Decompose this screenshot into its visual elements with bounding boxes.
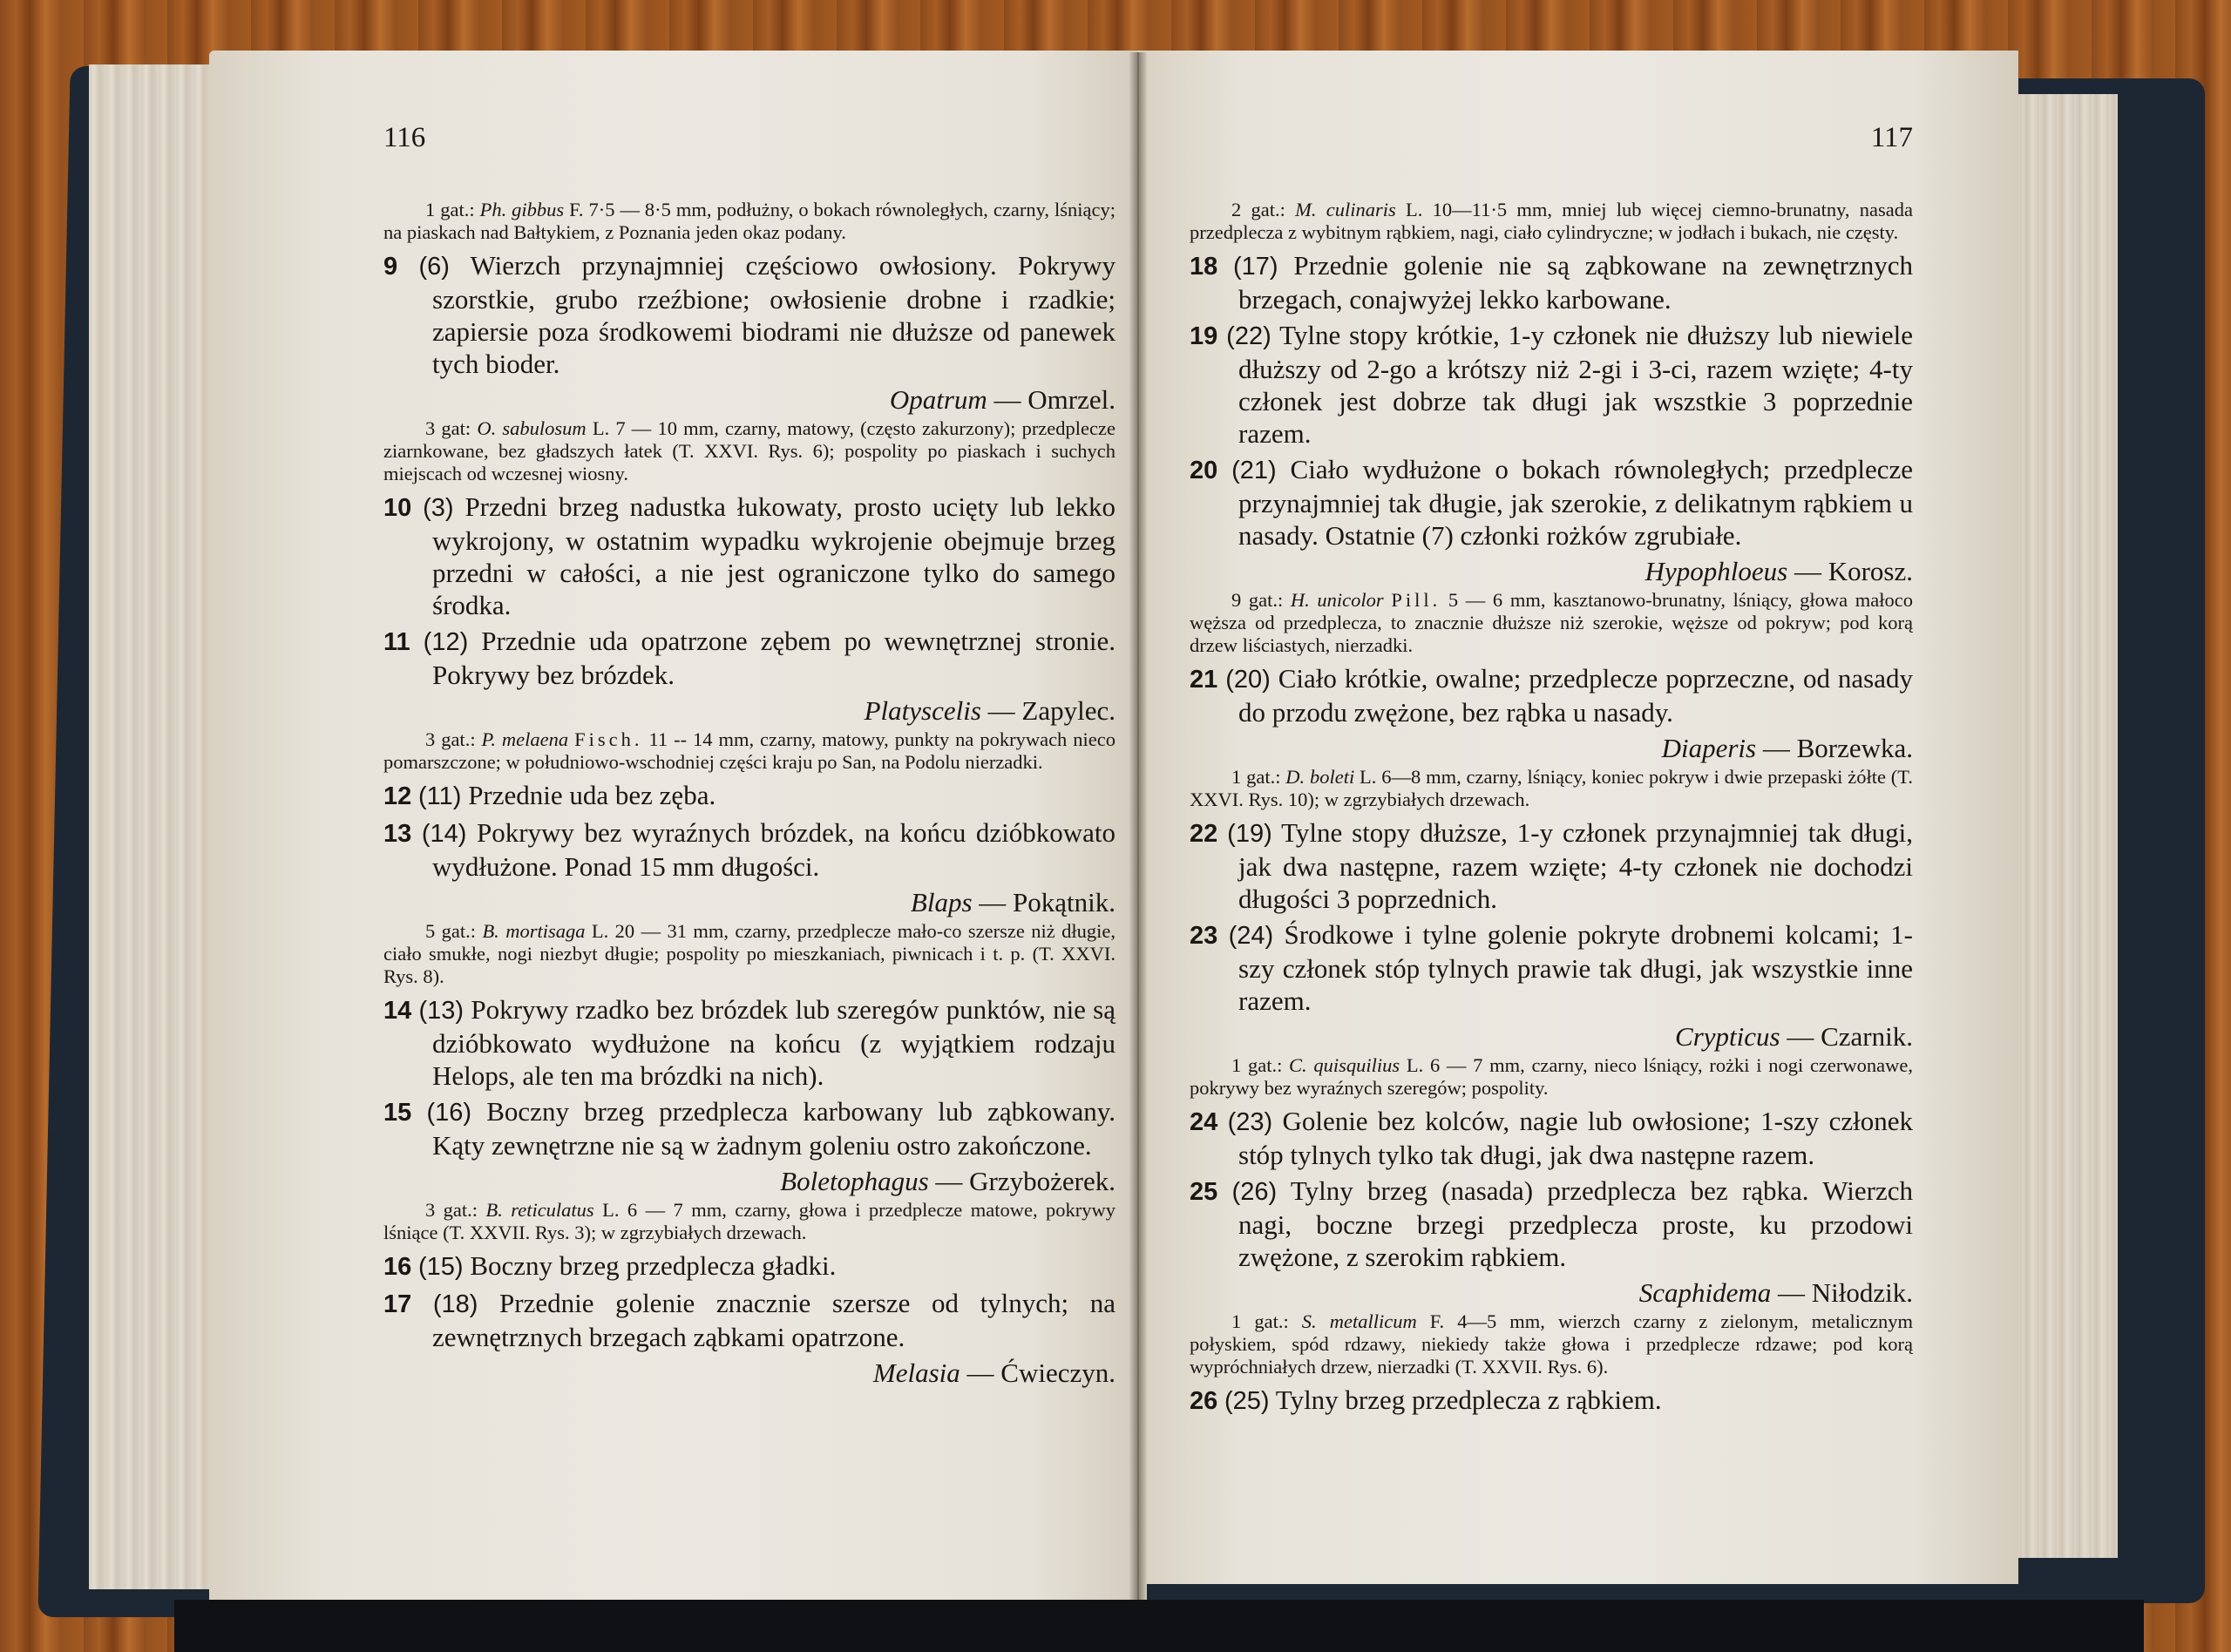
- species-name: B. mortisaga: [482, 920, 585, 942]
- couplet-number: 23: [1190, 922, 1217, 950]
- couplet-number: 26: [1190, 1387, 1217, 1415]
- couplet-text: Boczny brzeg przedplecza gładki.: [470, 1250, 836, 1281]
- couplet-number: 11: [383, 628, 410, 656]
- couplet-text: Tylny brzeg (nasada) przedplecza bez rąb…: [1238, 1175, 1913, 1272]
- couplet-number: 21: [1190, 666, 1217, 694]
- right-page-text: 117 2 gat.: M. culinaris L. 10—11·5 mm, …: [1190, 122, 1913, 1421]
- couplet-text: Tylny brzeg przedplecza z rąbkiem.: [1276, 1385, 1662, 1415]
- couplet-text: Środkowe i tylne golenie pokryte drobnem…: [1238, 919, 1913, 1016]
- species-name: H. unicolor: [1291, 589, 1384, 611]
- couplet-reference: (26): [1232, 1178, 1278, 1206]
- key-couplet: 13 (14) Pokrywy bez wyraźnych brózdek, n…: [383, 816, 1115, 883]
- couplet-reference: (19): [1227, 820, 1272, 848]
- species-name: O. sabulosum: [477, 417, 586, 439]
- key-couplet: 25 (26) Tylny brzeg (nasada) przedplecza…: [1190, 1175, 1913, 1273]
- genus-latin-name: Hypophloeus: [1645, 556, 1788, 586]
- key-couplet: 20 (21) Ciało wydłużone o bokach równole…: [1190, 453, 1913, 552]
- species-count: 3 gat:: [425, 417, 477, 439]
- key-couplet: 14 (13) Pokrywy rzadko bez brózdek lub s…: [383, 993, 1115, 1092]
- key-couplet: 9 (6) Wierzch przynajmniej częściowo owł…: [383, 249, 1115, 380]
- key-couplet: 26 (25) Tylny brzeg przedplecza z rąbkie…: [1190, 1384, 1913, 1418]
- couplet-reference: (6): [418, 253, 449, 281]
- species-note: 1 gat.: D. boleti L. 6—8 mm, czarny, lśn…: [1190, 766, 1913, 811]
- genus-heading: Scaphidema — Niłodzik.: [1190, 1276, 1913, 1309]
- right-page-blocks: 2 gat.: M. culinaris L. 10—11·5 mm, mnie…: [1190, 199, 1913, 1418]
- genus-latin-name: Blaps: [911, 887, 973, 917]
- genus-polish-name: Grzybożerek.: [969, 1166, 1115, 1196]
- genus-latin-name: Melasia: [873, 1357, 960, 1388]
- key-couplet: 11 (12) Przednie uda opatrzone zębem po …: [383, 625, 1115, 691]
- species-note: 9 gat.: H. unicolor Pill. 5 — 6 mm, kasz…: [1190, 589, 1913, 657]
- couplet-number: 22: [1190, 820, 1217, 848]
- couplet-number: 12: [383, 782, 411, 810]
- couplet-reference: (21): [1231, 457, 1277, 484]
- book-gutter: [1129, 52, 1147, 1612]
- couplet-number: 16: [383, 1253, 411, 1281]
- couplet-number: 10: [383, 494, 411, 522]
- couplet-number: 18: [1190, 253, 1217, 281]
- key-couplet: 18 (17) Przednie golenie nie są ząbkowan…: [1190, 249, 1913, 315]
- couplet-text: Przednie uda bez zęba.: [468, 780, 715, 810]
- couplet-reference: (22): [1226, 322, 1271, 350]
- key-couplet: 10 (3) Przedni brzeg nadustka łukowaty, …: [383, 491, 1115, 621]
- couplet-number: 24: [1190, 1108, 1217, 1136]
- page-stack-right: [2004, 94, 2118, 1558]
- species-count: 1 gat.:: [1231, 1054, 1289, 1076]
- species-author: Pill.: [1391, 589, 1441, 611]
- couplet-reference: (23): [1228, 1108, 1273, 1136]
- genus-heading: Opatrum — Omrzel.: [383, 383, 1115, 416]
- species-count: 5 gat.:: [425, 920, 482, 942]
- genus-polish-name: Czarnik.: [1821, 1021, 1913, 1052]
- species-count: 1 gat.:: [1231, 766, 1285, 788]
- genus-latin-name: Platyscelis: [865, 695, 981, 726]
- species-note: 3 gat.: P. melaena Fisch. 11 -- 14 mm, c…: [383, 728, 1115, 774]
- genus-heading: Crypticus — Czarnik.: [1190, 1020, 1913, 1053]
- bottom-shadow: [174, 1600, 2144, 1652]
- couplet-text: Pokrywy bez wyraźnych brózdek, na końcu …: [432, 817, 1115, 882]
- species-note: 2 gat.: M. culinaris L. 10—11·5 mm, mnie…: [1190, 199, 1913, 244]
- left-page-blocks: 1 gat.: Ph. gibbus F. 7·5 — 8·5 mm, podł…: [383, 199, 1115, 1389]
- page-number-right: 117: [1190, 122, 1913, 157]
- couplet-text: Ciało krótkie, owalne; przedplecze poprz…: [1238, 663, 1913, 728]
- species-author: Fisch.: [574, 728, 642, 750]
- species-note: 5 gat.: B. mortisaga L. 20 — 31 mm, czar…: [383, 920, 1115, 988]
- couplet-reference: (13): [419, 997, 465, 1025]
- couplet-reference: (3): [423, 494, 453, 522]
- couplet-number: 13: [383, 820, 411, 848]
- genus-latin-name: Diaperis: [1662, 733, 1757, 763]
- genus-latin-name: Crypticus: [1675, 1021, 1780, 1052]
- couplet-number: 25: [1190, 1178, 1217, 1206]
- species-note: 1 gat.: Ph. gibbus F. 7·5 — 8·5 mm, podł…: [383, 199, 1115, 244]
- genus-polish-name: Niłodzik.: [1812, 1277, 1913, 1308]
- page-stack-left: [89, 64, 228, 1589]
- page-number-left: 116: [383, 122, 1115, 157]
- couplet-reference: (15): [418, 1253, 464, 1281]
- couplet-text: Ciało wydłużone o bokach równoległych; p…: [1238, 454, 1913, 551]
- species-note: 1 gat.: C. quisquilius L. 6 — 7 mm, czar…: [1190, 1054, 1913, 1100]
- species-count: 3 gat.:: [425, 728, 482, 750]
- species-count: 1 gat.:: [1231, 1310, 1302, 1332]
- genus-heading: Platyscelis — Zapylec.: [383, 694, 1115, 727]
- couplet-number: 17: [383, 1290, 411, 1318]
- genus-latin-name: Boletophagus: [780, 1166, 929, 1196]
- species-note: 3 gat.: B. reticulatus L. 6 — 7 mm, czar…: [383, 1199, 1115, 1244]
- key-couplet: 23 (24) Środkowe i tylne golenie pokryte…: [1190, 918, 1913, 1017]
- couplet-reference: (24): [1229, 922, 1274, 950]
- couplet-text: Przednie golenie nie są ząbkowane na zew…: [1238, 250, 1913, 315]
- genus-polish-name: Pokątnik.: [1013, 887, 1115, 917]
- couplet-number: 9: [383, 253, 397, 281]
- couplet-text: Pokrywy rzadko bez brózdek lub szeregów …: [432, 994, 1115, 1091]
- species-count: 3 gat.:: [425, 1199, 485, 1221]
- couplet-number: 19: [1190, 322, 1217, 350]
- species-name: C. quisquilius: [1289, 1054, 1400, 1076]
- genus-polish-name: Ćwieczyn.: [1000, 1357, 1115, 1388]
- species-note: 1 gat.: S. metallicum F. 4—5 mm, wierzch…: [1190, 1310, 1913, 1378]
- genus-heading: Diaperis — Borzewka.: [1190, 732, 1913, 764]
- key-couplet: 17 (18) Przednie golenie znacznie szersz…: [383, 1287, 1115, 1353]
- couplet-text: Wierzch przynajmniej częściowo owłosiony…: [432, 250, 1115, 379]
- couplet-number: 20: [1190, 457, 1217, 484]
- couplet-reference: (12): [424, 628, 469, 656]
- species-name: B. reticulatus: [485, 1199, 593, 1221]
- key-couplet: 24 (23) Golenie bez kolców, nagie lub ow…: [1190, 1105, 1913, 1171]
- couplet-reference: (25): [1224, 1387, 1270, 1415]
- genus-polish-name: Omrzel.: [1027, 384, 1115, 415]
- genus-latin-name: Opatrum: [890, 384, 987, 415]
- key-couplet: 22 (19) Tylne stopy dłuższe, 1-y członek…: [1190, 816, 1913, 915]
- key-couplet: 12 (11) Przednie uda bez zęba.: [383, 779, 1115, 813]
- couplet-reference: (14): [422, 820, 467, 848]
- genus-heading: Blaps — Pokątnik.: [383, 886, 1115, 918]
- couplet-text: Tylne stopy dłuższe, 1-y członek przynaj…: [1238, 817, 1913, 914]
- genus-heading: Boletophagus — Grzybożerek.: [383, 1165, 1115, 1197]
- left-page-text: 116 1 gat.: Ph. gibbus F. 7·5 — 8·5 mm, …: [383, 122, 1115, 1391]
- couplet-text: Przednie uda opatrzone zębem po wewnętrz…: [432, 626, 1115, 690]
- species-count: 2 gat.:: [1231, 199, 1295, 220]
- couplet-number: 14: [383, 997, 411, 1025]
- couplet-text: Boczny brzeg przedplecza karbowany lub z…: [432, 1096, 1115, 1161]
- couplet-reference: (11): [418, 782, 461, 810]
- genus-polish-name: Borzewka.: [1797, 733, 1913, 763]
- genus-heading: Hypophloeus — Korosz.: [1190, 555, 1913, 587]
- couplet-reference: (16): [426, 1099, 471, 1127]
- species-count: 9 gat.:: [1231, 589, 1291, 611]
- couplet-text: Przednie golenie znacznie szersze od tyl…: [432, 1288, 1115, 1352]
- couplet-text: Golenie bez kolców, nagie lub owłosione;…: [1238, 1106, 1913, 1170]
- couplet-text: Tylne stopy krótkie, 1-y członek nie dłu…: [1238, 320, 1913, 449]
- species-name: Ph. gibbus: [480, 199, 565, 220]
- couplet-reference: (17): [1233, 253, 1278, 281]
- genus-polish-name: Zapylec.: [1021, 695, 1115, 726]
- couplet-reference: (20): [1225, 666, 1271, 694]
- species-name: D. boleti: [1285, 766, 1354, 788]
- couplet-text: Przedni brzeg nadustka łukowaty, prosto …: [432, 491, 1115, 620]
- key-couplet: 21 (20) Ciało krótkie, owalne; przedplec…: [1190, 662, 1913, 728]
- genus-heading: Melasia — Ćwieczyn.: [383, 1357, 1115, 1389]
- species-name: M. culinaris: [1295, 199, 1396, 220]
- key-couplet: 19 (22) Tylne stopy krótkie, 1-y członek…: [1190, 319, 1913, 450]
- species-note: 3 gat: O. sabulosum L. 7 — 10 mm, czarny…: [383, 417, 1115, 485]
- species-count: 1 gat.:: [425, 199, 480, 220]
- couplet-number: 15: [383, 1099, 411, 1127]
- key-couplet: 15 (16) Boczny brzeg przedplecza karbowa…: [383, 1095, 1115, 1161]
- species-name: P. melaena: [482, 728, 569, 750]
- genus-polish-name: Korosz.: [1828, 556, 1913, 586]
- key-couplet: 16 (15) Boczny brzeg przedplecza gładki.: [383, 1249, 1115, 1283]
- genus-latin-name: Scaphidema: [1639, 1277, 1772, 1308]
- couplet-reference: (18): [433, 1290, 478, 1318]
- species-name: S. metallicum: [1302, 1310, 1417, 1332]
